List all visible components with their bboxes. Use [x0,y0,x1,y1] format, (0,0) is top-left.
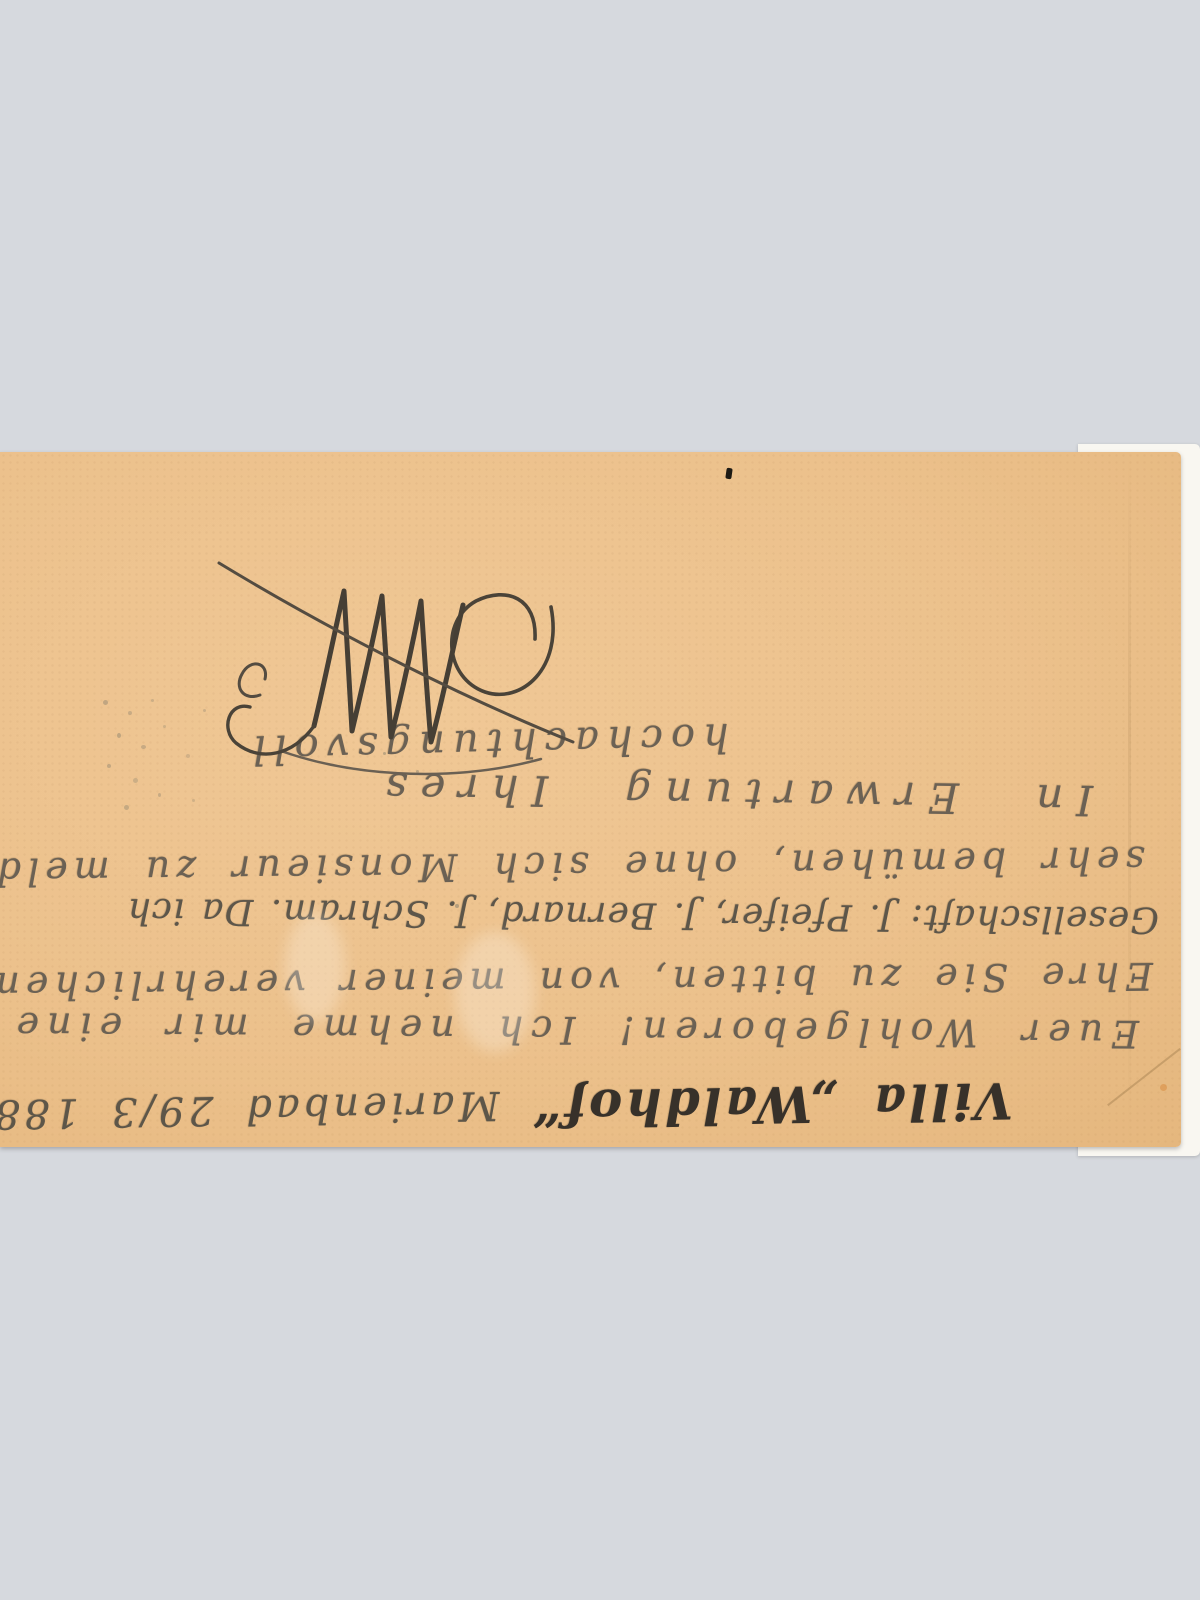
speck [141,745,146,749]
handwriting-line-2: Ehre Sie zu bitten, von meiner verehrlic… [0,957,1153,1005]
speck [416,770,419,773]
speck [186,754,190,758]
speck [117,733,121,738]
paper-stain [285,912,345,1022]
paper-stain [455,932,535,1052]
speck [151,699,154,702]
speck [128,711,132,715]
place-date: Marienbad 29/3 1880. [0,1082,500,1138]
speck [158,793,161,797]
rust-spot [1160,1084,1167,1091]
paper-crease [1128,452,1131,1147]
speck [107,764,111,768]
signature-flourish-icon [171,547,581,797]
handwriting-layer: Villa „Waldhof“ Marienbad 29/3 1880. Eue… [0,452,1181,1147]
speck [103,700,108,705]
handwriting-line-names: Gesellschaft: J. Pfeifer, J. Bernard, J.… [127,892,1160,937]
handwriting-line-4: sehr bemühen, ohne sich Monsieur zu meld… [0,841,1145,892]
speck [383,752,386,755]
postcard: Villa „Waldhof“ Marienbad 29/3 1880. Eue… [0,452,1181,1147]
speck [455,904,459,908]
speck [203,709,206,712]
speck [192,799,195,802]
scan-background: Villa „Waldhof“ Marienbad 29/3 1880. Eue… [0,0,1200,1600]
speck [124,805,129,810]
handwriting-dateline: Villa „Waldhof“ Marienbad 29/3 1880. [0,1075,1013,1144]
handwriting-line-salutation: Euer Wohlgeboren! Ich nehme mir eine [9,1007,1140,1053]
speck [163,725,166,728]
speck [133,778,138,783]
villa-name: Villa „Waldhof“ [528,1071,1014,1138]
